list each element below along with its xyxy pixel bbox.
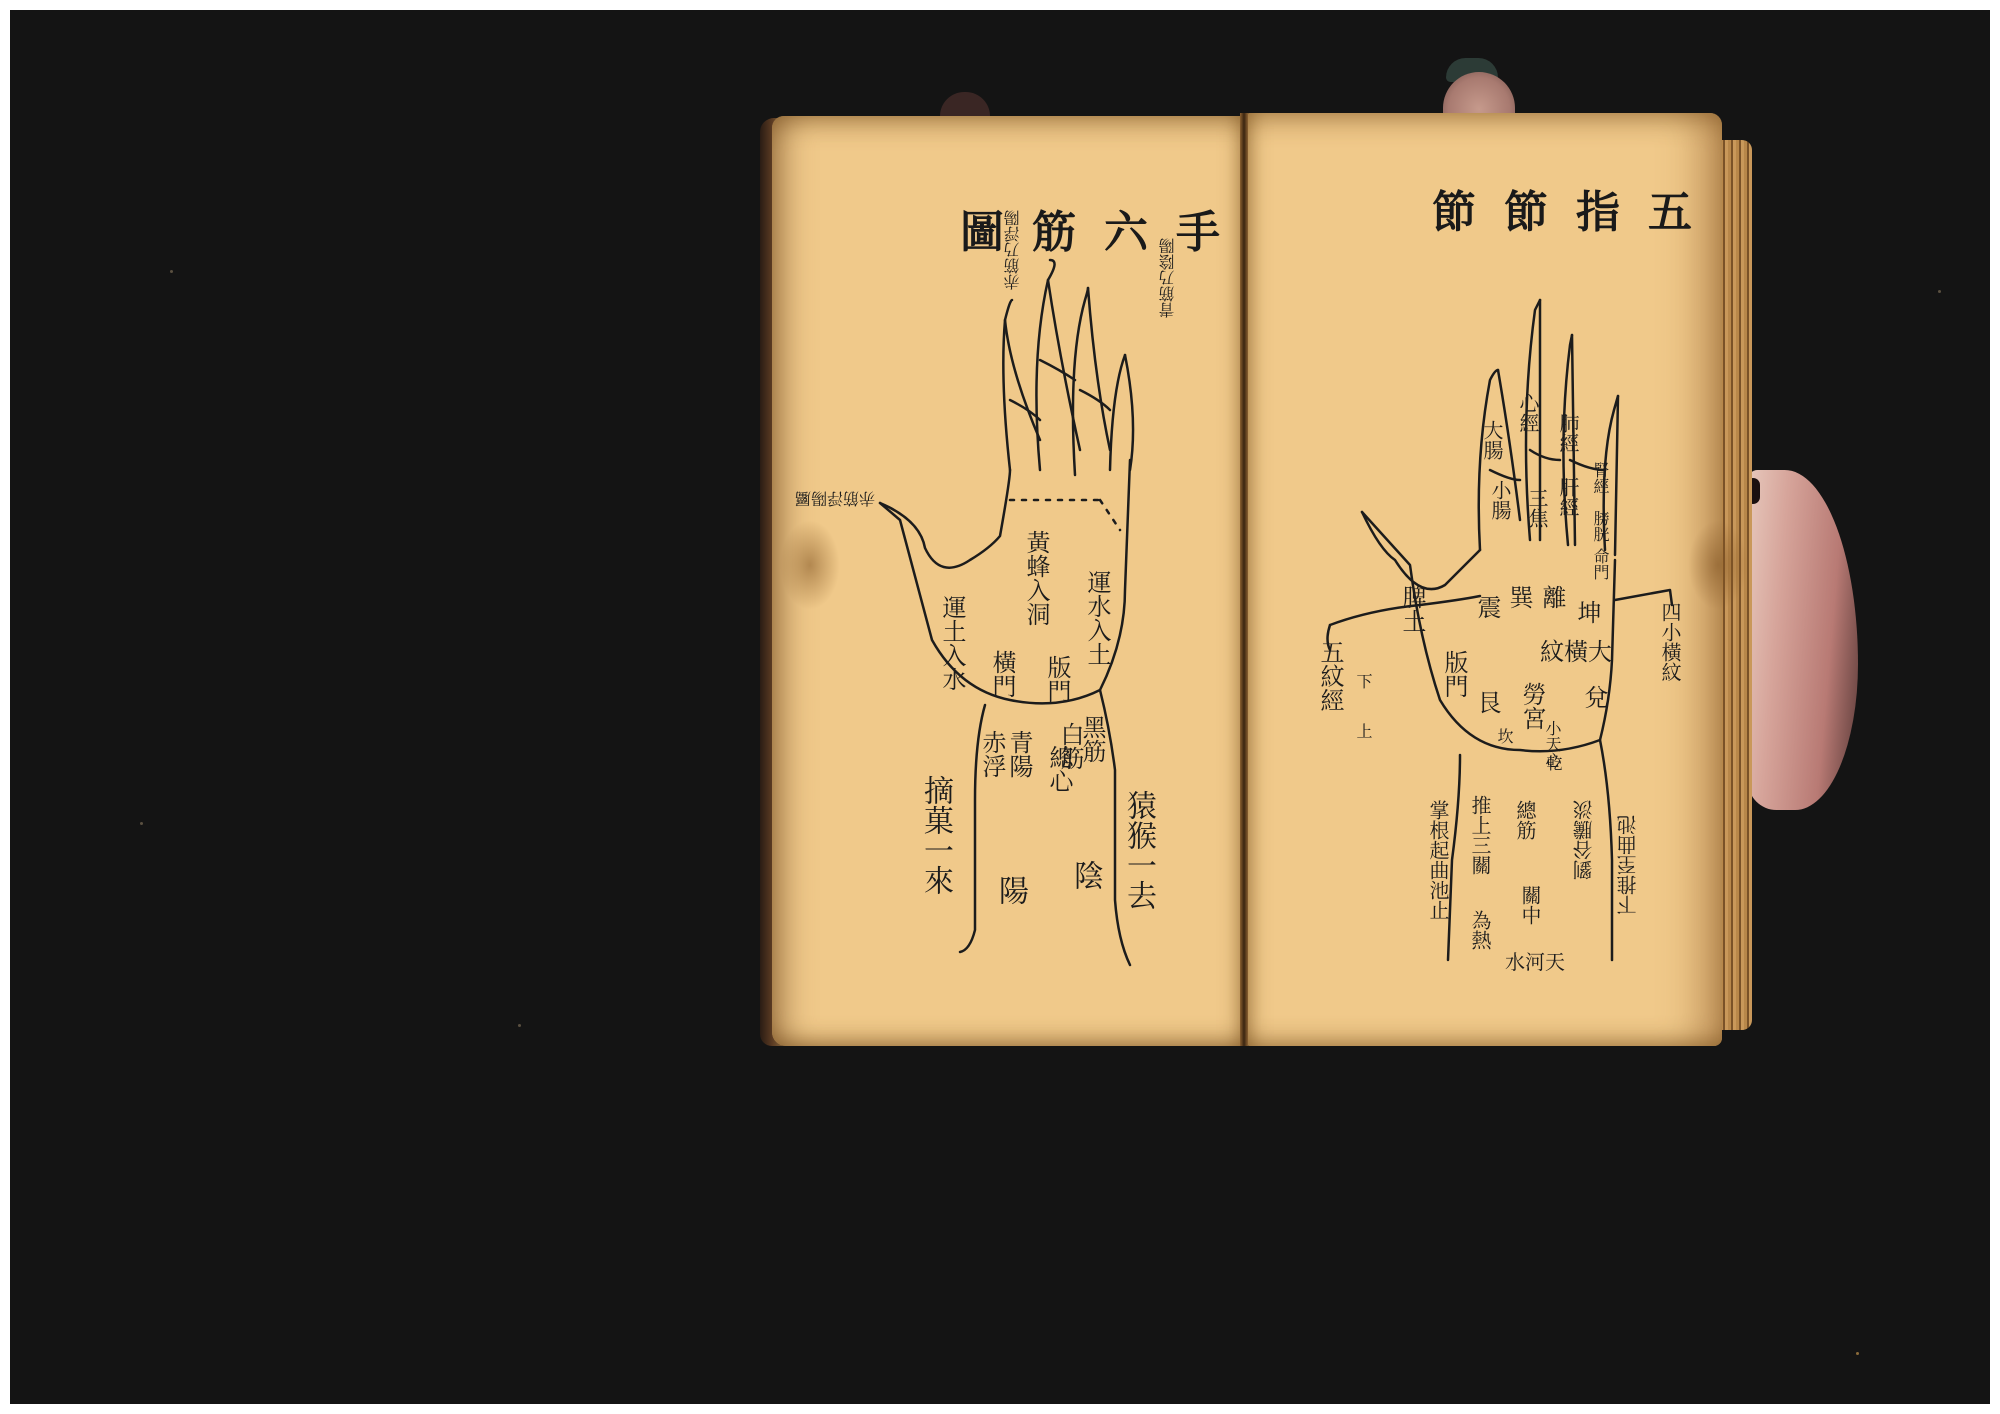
label-wu-wen-jing: 五紋經 <box>1318 640 1342 712</box>
label-left-bottom: 摘菓一來 <box>920 775 950 895</box>
right-page-title: 五指節節 <box>1432 176 1720 240</box>
label-liver: 肝經 <box>1558 477 1578 517</box>
label-wu-wen-jing-xia: 下 <box>1355 673 1371 689</box>
dust-speck <box>170 270 173 273</box>
label-palm-center: 黃蜂入洞 <box>1024 530 1048 626</box>
label-small-intestine: 小腸 <box>1490 480 1510 520</box>
label-bladder: 膀胱 <box>1592 510 1608 542</box>
label-kan: 坎 <box>1496 728 1512 744</box>
dust-speck <box>1856 1352 1859 1355</box>
label-zong-jin: 總筋 <box>1515 800 1535 840</box>
label-heng-men: 橫門 <box>990 650 1014 698</box>
water-stain <box>1688 520 1748 610</box>
label-ring-finger-note: 青筋乃陰陽 <box>1160 238 1176 318</box>
label-xun: 巽 <box>1507 585 1531 609</box>
label-right-col-1: 劉谷騰淡 <box>1574 800 1594 880</box>
label-spleen: 脾土 <box>1400 585 1424 633</box>
label-big-heng-wen: 大橫紋 <box>1540 640 1612 664</box>
label-dui: 兌 <box>1582 685 1606 709</box>
label-wu-wen-jing-shang: 上 <box>1355 723 1371 739</box>
label-palm-left: 運土入水 <box>940 595 964 691</box>
label-tui-san-guan: 推上三關 <box>1470 795 1490 875</box>
label-wrist-left-2: 青陽 <box>1007 730 1031 778</box>
label-gen: 艮 <box>1475 690 1499 714</box>
label-mingmen: 命門 <box>1592 548 1608 580</box>
label-wrist-top-3: 總心 <box>1047 745 1071 793</box>
label-wei-re: 為熱 <box>1470 910 1490 950</box>
label-li: 離 <box>1540 585 1564 609</box>
label-guan-zhong: 關中 <box>1520 885 1540 925</box>
dust-speck <box>518 1024 521 1027</box>
dust-speck <box>140 822 143 825</box>
label-yin: 陰 <box>1070 860 1100 890</box>
water-stain <box>780 520 840 610</box>
label-lao-gong: 勞宮 <box>1520 682 1544 730</box>
label-kidney: 腎經 <box>1592 462 1608 494</box>
dust-speck <box>1938 290 1941 293</box>
label-heart: 心經 <box>1518 393 1538 433</box>
label-right-bottom: 猿猴一去 <box>1123 790 1153 910</box>
label-middle-finger-note: 赤筋乃浮陽 <box>1005 210 1021 290</box>
label-wrist-left-1: 赤浮 <box>980 730 1004 778</box>
label-lung: 肺經 <box>1558 413 1578 453</box>
label-qian: 乾 <box>1545 755 1561 771</box>
label-ban-men: 版門 <box>1045 655 1069 703</box>
label-kun: 坤 <box>1575 600 1599 624</box>
label-thumb-note: 赤筋浮陽屬 <box>795 490 875 506</box>
right-page <box>1246 113 1722 1046</box>
label-si-heng-wen: 四小橫紋 <box>1660 602 1680 682</box>
label-zhen: 震 <box>1475 595 1499 619</box>
label-palm-right: 運水入土 <box>1085 570 1109 666</box>
label-large-intestine: 大腸 <box>1482 420 1502 460</box>
label-ban-men-right: 版門 <box>1442 650 1466 698</box>
label-right-col-2: 下推至曲池 <box>1618 815 1638 915</box>
label-yang: 陽 <box>995 875 1025 905</box>
label-san-jiao: 三焦 <box>1527 488 1547 528</box>
label-tian-he-shui: 天河水 <box>1505 952 1565 972</box>
label-zhang-gen: 掌根起曲池止 <box>1428 800 1448 920</box>
